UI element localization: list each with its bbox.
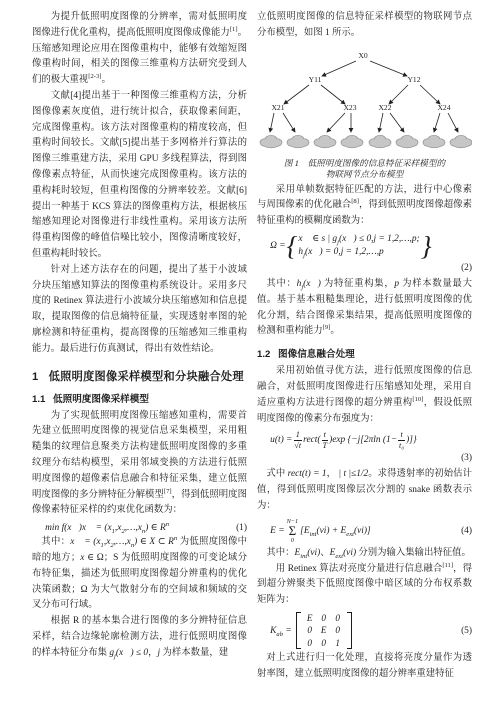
section-number: 1	[32, 371, 39, 383]
matrix-cell: 0	[331, 612, 345, 625]
paragraph-rect-explain: 式中 rect(t) = 1， | t |≤1/2。求得透射率的初始估计值，得到…	[257, 467, 472, 514]
formula-1-number: (1)	[236, 523, 247, 533]
paragraph-feature-sampling: 根据 R 的基本集合进行图像的多分辨特征信息采样，结合边缘轮廓检测方法，进行低照…	[32, 614, 247, 661]
formula-2-row2: hj(x⃗) = 0,j = 1,2,…,p	[298, 246, 419, 260]
paper-page: 为提升低照明度图像的分辨率，需对低照明度图像进行优化重构，提高低照明度图像成像能…	[0, 0, 500, 683]
formula-1: min f(x⃗)x⃗ = (x1,x2,…,xn) ∈ Rn (1)	[32, 522, 247, 533]
node-label-x24: X24	[437, 103, 450, 112]
radicand: t	[299, 440, 301, 450]
node-label-y11: Y11	[308, 75, 321, 84]
paragraph-retinex: 用 Retinex 算法对亮度分量进行信息融合[11]，得到超分辨聚类下低照度图…	[257, 562, 472, 609]
matrix-cells: E 0 0 0 E 0 0 0 1	[303, 612, 345, 650]
numerator: t	[398, 430, 404, 441]
node-label-x0: X0	[358, 51, 367, 60]
matrix: E 0 0 0 E 0 0 0 1	[296, 612, 352, 650]
formula-3-mid2: )exp {−j[2πln (1−	[329, 435, 397, 445]
cloud-node-icon	[450, 135, 472, 148]
matrix-symbol-subscript: ab	[276, 631, 283, 638]
summation: N−1 Σ 0	[287, 518, 299, 544]
cloud-node-icon	[341, 135, 363, 148]
formula-2-row1: x⃗ ∈ s | gj(x⃗) ≤ 0,j = 1,2,…,p;	[298, 233, 419, 247]
section-heading-1-1: 1.1低照明度图像采样模型	[32, 391, 247, 405]
paragraph-formula2-explain: 其中：hj(x⃗) 为特征重构集，p 为样本数量最大值。基于基本粗糙集理论，进行…	[257, 277, 472, 340]
left-column: 为提升低照明度图像的分辨率，需对低照明度图像进行优化重构，提高低照明度图像成像能…	[32, 10, 247, 683]
tree-edges	[270, 61, 458, 132]
fraction: t T	[322, 430, 329, 450]
node-label-x22: X22	[378, 103, 391, 112]
section-heading-1: 1低照明度图像采样模型和分块融合处理	[32, 368, 247, 384]
figure-caption-line1: 图 1 低照明度图像的信息特征采样模型的	[257, 158, 472, 170]
matrix-cell: 0	[331, 624, 345, 637]
cloud-node-icon	[287, 135, 309, 148]
left-brace: {	[287, 233, 298, 260]
section-title: 图像信息融合处理	[278, 349, 355, 360]
formula-5-lhs: Kab =	[270, 626, 292, 636]
fraction: 1 √t	[293, 430, 302, 450]
figure-1: X0 Y11 Y12 X21 X23 X22 X24	[257, 46, 472, 181]
equals-sign: =	[285, 626, 291, 636]
paragraph-frame-matching: 采用单帧数据特征匹配的方法，进行中心像素与周围像素的优化融合[8]，得到低照明度…	[257, 183, 472, 230]
paragraph-fusion: 采用初始值寻优方法，进行低照度图像的信息融合，对低照明度图像进行压缩感知处理，采…	[257, 364, 472, 427]
sum-lower-limit: 0	[291, 537, 294, 544]
formula-3-tail: )]}	[406, 435, 417, 445]
cloud-leaf-nodes	[260, 135, 472, 148]
matrix-cell: 0	[317, 637, 331, 650]
formula-2-rows: x⃗ ∈ s | gj(x⃗) ≤ 0,j = 1,2,…,p; hj(x⃗) …	[298, 233, 419, 260]
matrix-right-bracket	[347, 612, 352, 650]
figure-caption-line2: 物联网节点分布模型	[257, 169, 472, 181]
denominator: t₀	[398, 441, 405, 451]
cloud-node-icon	[314, 135, 336, 148]
formula-3-number: (3)	[257, 452, 472, 464]
formula-2-lhs: Ω =	[270, 241, 285, 251]
cloud-node-icon	[396, 135, 418, 148]
cloud-node-icon	[423, 135, 445, 148]
formula-3-lhs: u(t) =	[270, 435, 292, 445]
paragraph-related-work: 文献[4]提出基于一种图像三维重构方法，分析图像像素灰度值，进行统计拟合，获取像…	[32, 89, 247, 263]
numerator: t	[322, 430, 328, 441]
paragraph-intro: 为提升低照明度图像的分辨率，需对低照明度图像进行优化重构，提高低照明度图像成像能…	[32, 10, 247, 89]
formula-4-body: [Eint(vi) + Eext(vi)]	[300, 526, 370, 536]
right-column: 立低照明度图像的信息特征采样模型的物联网节点分布模型，如图 1 所示。	[257, 10, 472, 683]
denominator: T	[322, 441, 329, 451]
formula-4-lhs: E =	[270, 526, 284, 536]
right-brace: }	[421, 233, 432, 260]
sigma-symbol: Σ	[289, 525, 297, 537]
matrix-cell: 0	[303, 624, 317, 637]
cloud-node-icon	[369, 135, 391, 148]
figure-1-caption: 图 1 低照明度图像的信息特征采样模型的 物联网节点分布模型	[257, 158, 472, 181]
formula-2-number: (2)	[257, 262, 472, 274]
section-title: 低照明度图像采样模型	[53, 394, 149, 405]
formula-5: Kab = E 0 0 0 E 0 0 0 1 (5)	[257, 612, 472, 650]
section-title: 低照明度图像采样模型和分块融合处理	[49, 371, 244, 383]
fraction: t t₀	[398, 430, 405, 450]
formula-3-mid1: rect(	[303, 435, 320, 445]
paragraph-normalization: 对上式进行归一化处理，直接将亮度分量作为透射率图，建立低照明度图像的超分辨率重建…	[257, 651, 472, 683]
paragraph-proposal: 针对上述方法存在的问题，提出了基于小波域分块压缩感知算法的图像重构系统设计。采用…	[32, 263, 247, 358]
section-heading-1-2: 1.2图像信息融合处理	[257, 346, 472, 360]
node-label-y12: Y12	[407, 75, 420, 84]
iot-tree-diagram: X0 Y11 Y12 X21 X23 X22 X24	[258, 46, 472, 152]
matrix-cell: 1	[331, 637, 345, 650]
formula-3: u(t) = 1 √t rect( t T )exp {−j[2πln (1− …	[257, 430, 472, 450]
formula-5-number: (5)	[461, 626, 472, 636]
matrix-left-bracket	[296, 612, 301, 650]
matrix-cell: 0	[317, 612, 331, 625]
formula-4-number: (4)	[461, 526, 472, 536]
matrix-cell: 0	[303, 637, 317, 650]
paragraph-formula4-explain: 其中：Eint(vi)、Eext(vi) 分别为输入集输出特征值。	[257, 546, 472, 562]
section-number: 1.1	[32, 394, 45, 405]
matrix-cell: E	[317, 624, 331, 637]
cloud-node-icon	[260, 135, 282, 148]
formula-1-body: min f(x⃗)x⃗ = (x1,x2,…,xn) ∈ Rn	[45, 522, 169, 533]
node-label-x23: X23	[343, 103, 356, 112]
paragraph-formula1-explain: 其中：x⃗ = (x1,x2,…,xn) ∈ X ⊂ Rn 为低照度图像中暗的地…	[32, 535, 247, 614]
node-label-x21: X21	[271, 103, 284, 112]
paragraph-sampling-model: 为了实现低照明度图像压缩感知重构，需要首先建立低照明度图像的视觉信息采集模型，采…	[32, 409, 247, 520]
formula-2: Ω = { x⃗ ∈ s | gj(x⃗) ≤ 0,j = 1,2,…,p; h…	[257, 233, 472, 260]
formula-4: E = N−1 Σ 0 [Eint(vi) + Eext(vi)] (4)	[257, 518, 472, 544]
denominator-sqrt: √t	[293, 441, 302, 451]
matrix-cell: E	[303, 612, 317, 625]
paragraph-continuation: 立低照明度图像的信息特征采样模型的物联网节点分布模型，如图 1 所示。	[257, 10, 472, 42]
section-number: 1.2	[257, 349, 270, 360]
